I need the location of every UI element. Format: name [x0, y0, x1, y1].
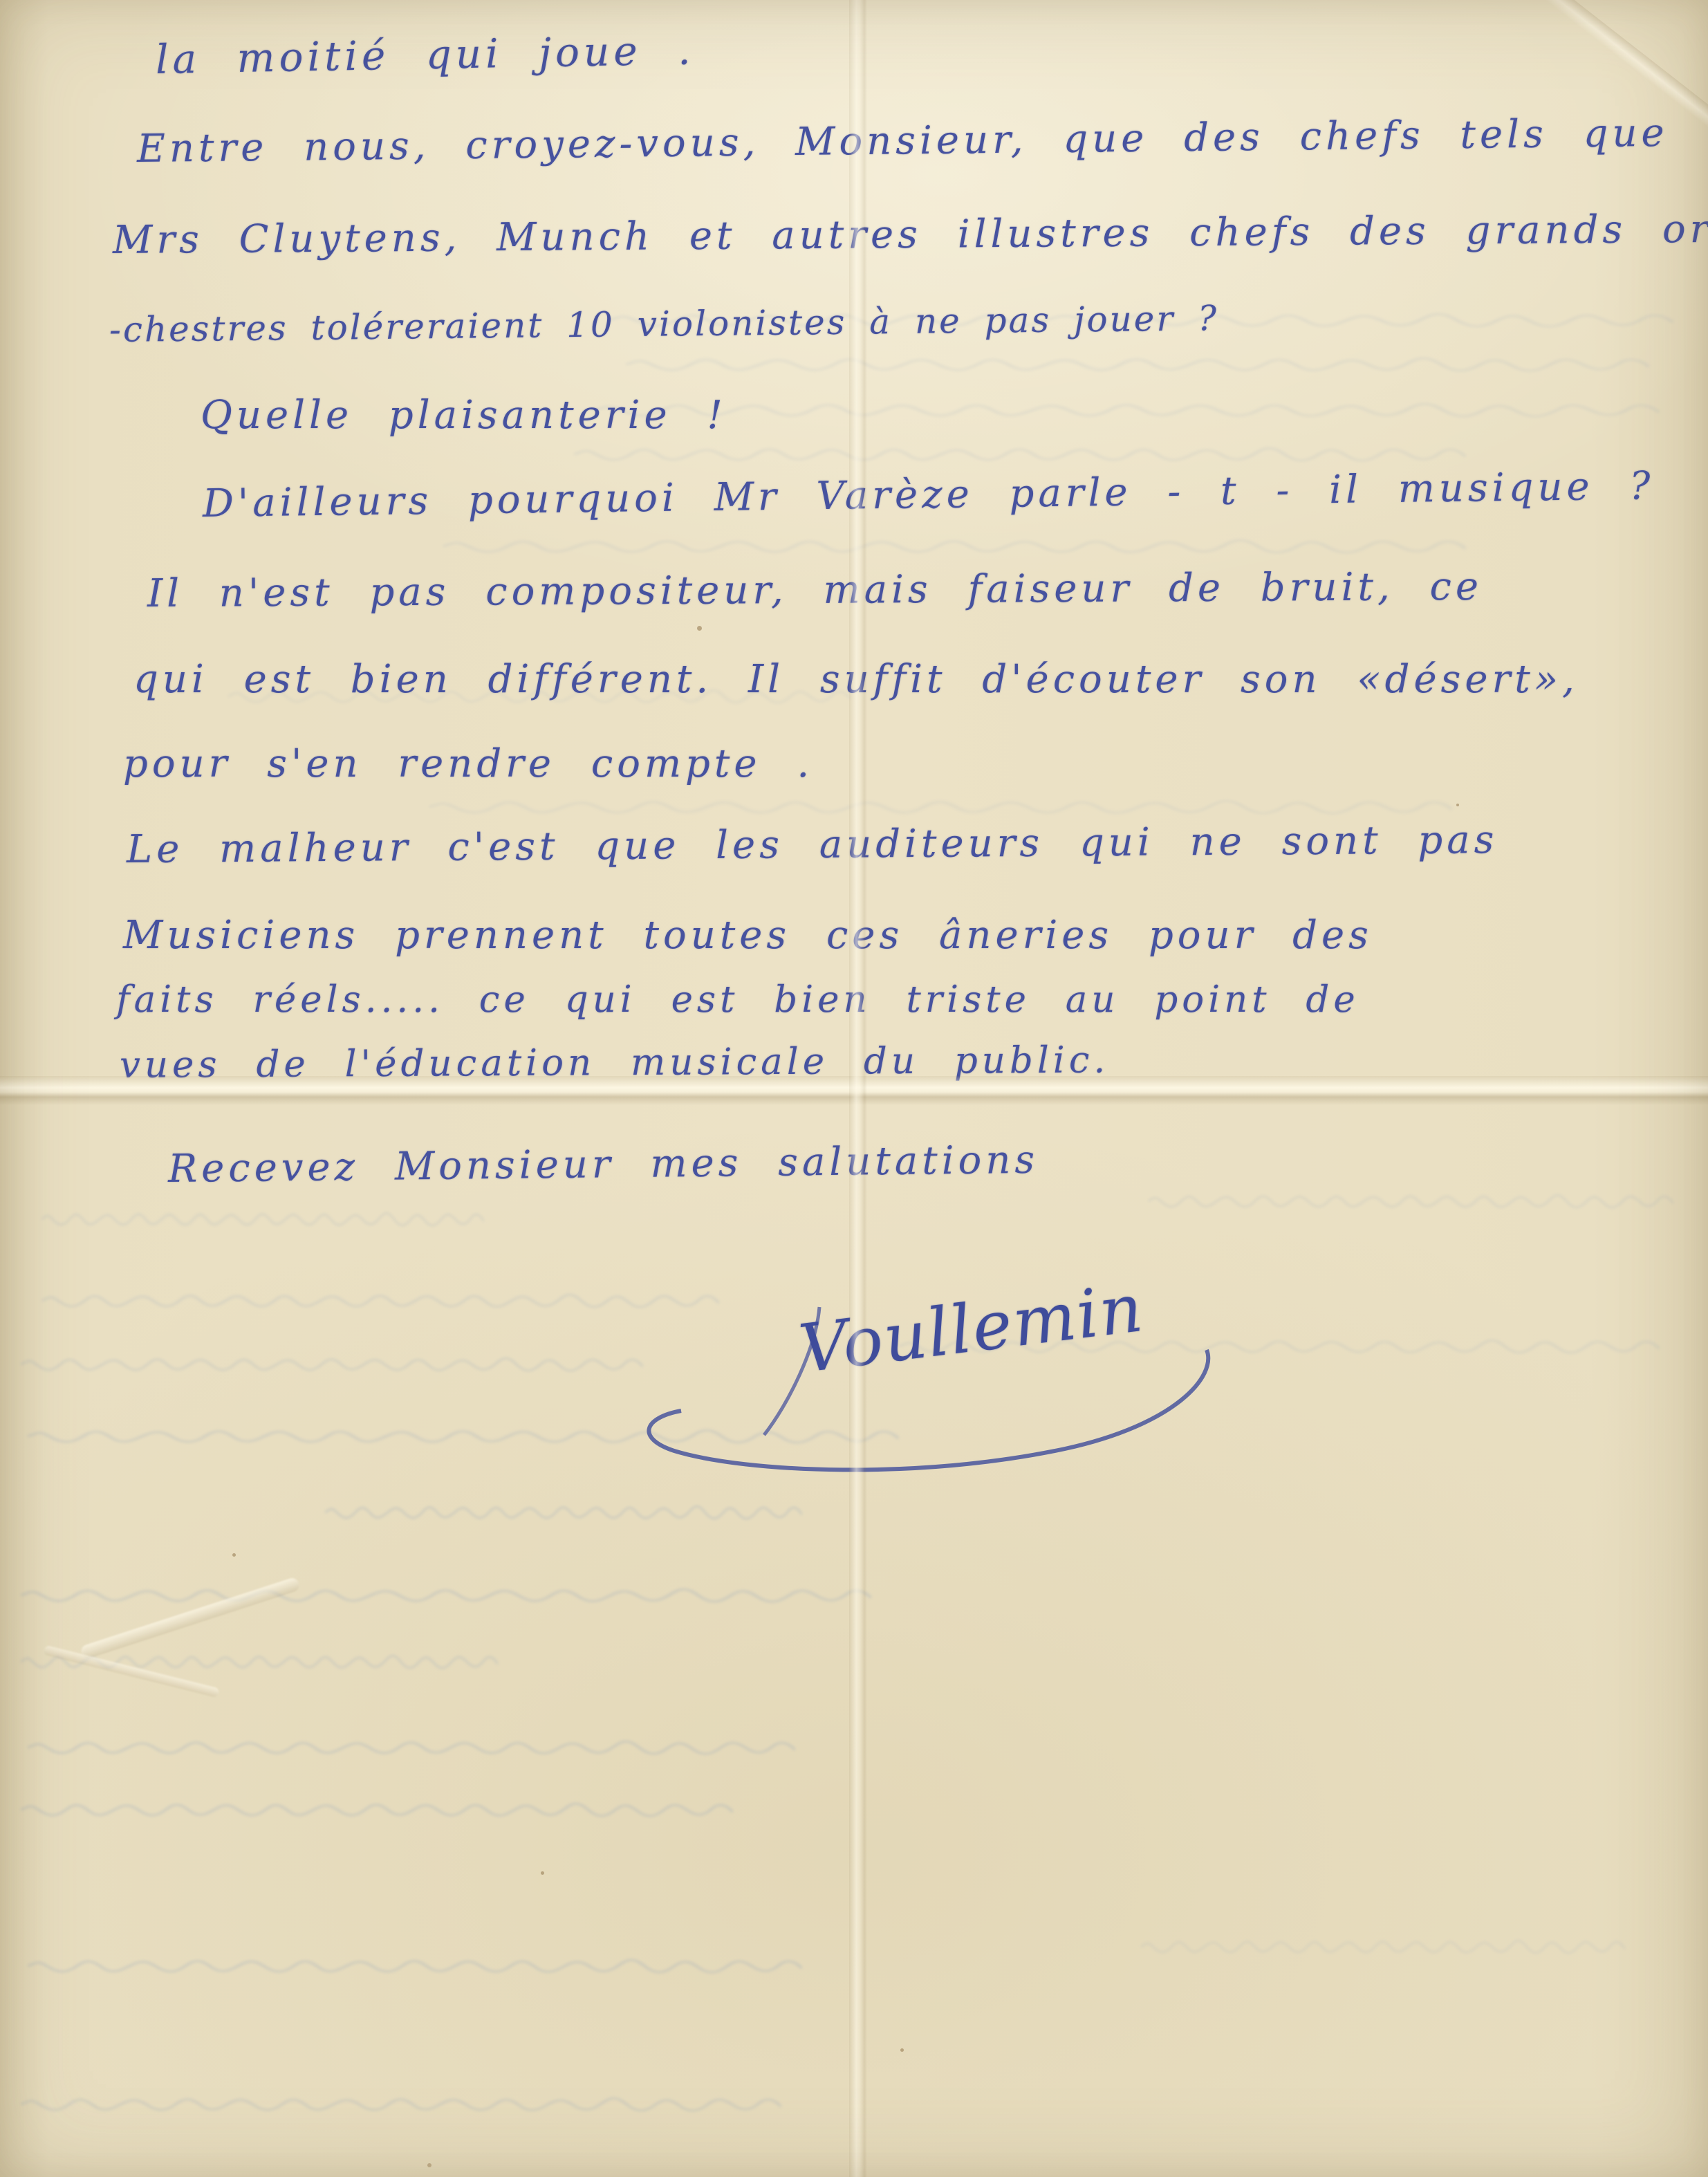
bleed-through-line [1148, 1191, 1673, 1212]
letter-line: la moitié qui joue . [155, 26, 695, 83]
bleed-through-line [574, 444, 1466, 465]
paper-speck [1456, 804, 1459, 806]
letter-line: pour s'en rendre compte . [123, 741, 813, 786]
bleed-through-line [28, 1956, 802, 1976]
letter-line: Musiciens prennent toutes ces âneries po… [123, 913, 1373, 958]
bleed-through-line [28, 1426, 899, 1447]
letter-line: D'ailleurs pourquoi Mr Varèze parle - t … [203, 463, 1655, 526]
letter-line: Entre nous, croyez-vous, Monsieur, que d… [137, 111, 1669, 172]
paper-speck [427, 2163, 431, 2167]
bleed-through-line [325, 1502, 802, 1523]
bleed-through-line [1141, 1936, 1625, 1957]
bleed-through-line [443, 536, 1466, 557]
signature: Voullemin [795, 1269, 1148, 1388]
paper-speck [697, 626, 702, 631]
paper-speck [541, 1871, 544, 1875]
letter-line: Quelle plaisanterie ! [201, 393, 727, 438]
letter-line: Il n'est pas compositeur, mais faiseur d… [147, 564, 1483, 616]
letter-scan-page: { "letter": { "language": "French", "ink… [0, 0, 1708, 2177]
bleed-through-line [21, 1799, 733, 1820]
fold-crease-vertical [849, 0, 867, 2177]
letter-line: Recevez Monsieur mes salutations [168, 1138, 1039, 1192]
bleed-through-line [626, 354, 1649, 375]
bleed-through-line [21, 2094, 781, 2115]
bleed-through-line [429, 797, 1452, 817]
bleed-through-line [21, 1354, 643, 1375]
bleed-through-line [41, 1209, 484, 1230]
letter-line: Mrs Cluytens, Munch et autres illustres … [113, 207, 1708, 263]
bleed-through-line [21, 1585, 871, 1606]
letter-line: -chestres toléreraient 10 violonistes à … [109, 298, 1219, 350]
paper-speck [900, 2048, 904, 2052]
bleed-through-line [41, 1290, 719, 1311]
bleed-through-line [28, 1737, 795, 1758]
bleed-through-line [595, 400, 1660, 420]
letter-line: faits réels..... ce qui est bien triste … [116, 979, 1359, 1021]
letter-line: Le malheur c'est que les auditeurs qui n… [127, 817, 1498, 872]
paper-speck [232, 1553, 236, 1557]
